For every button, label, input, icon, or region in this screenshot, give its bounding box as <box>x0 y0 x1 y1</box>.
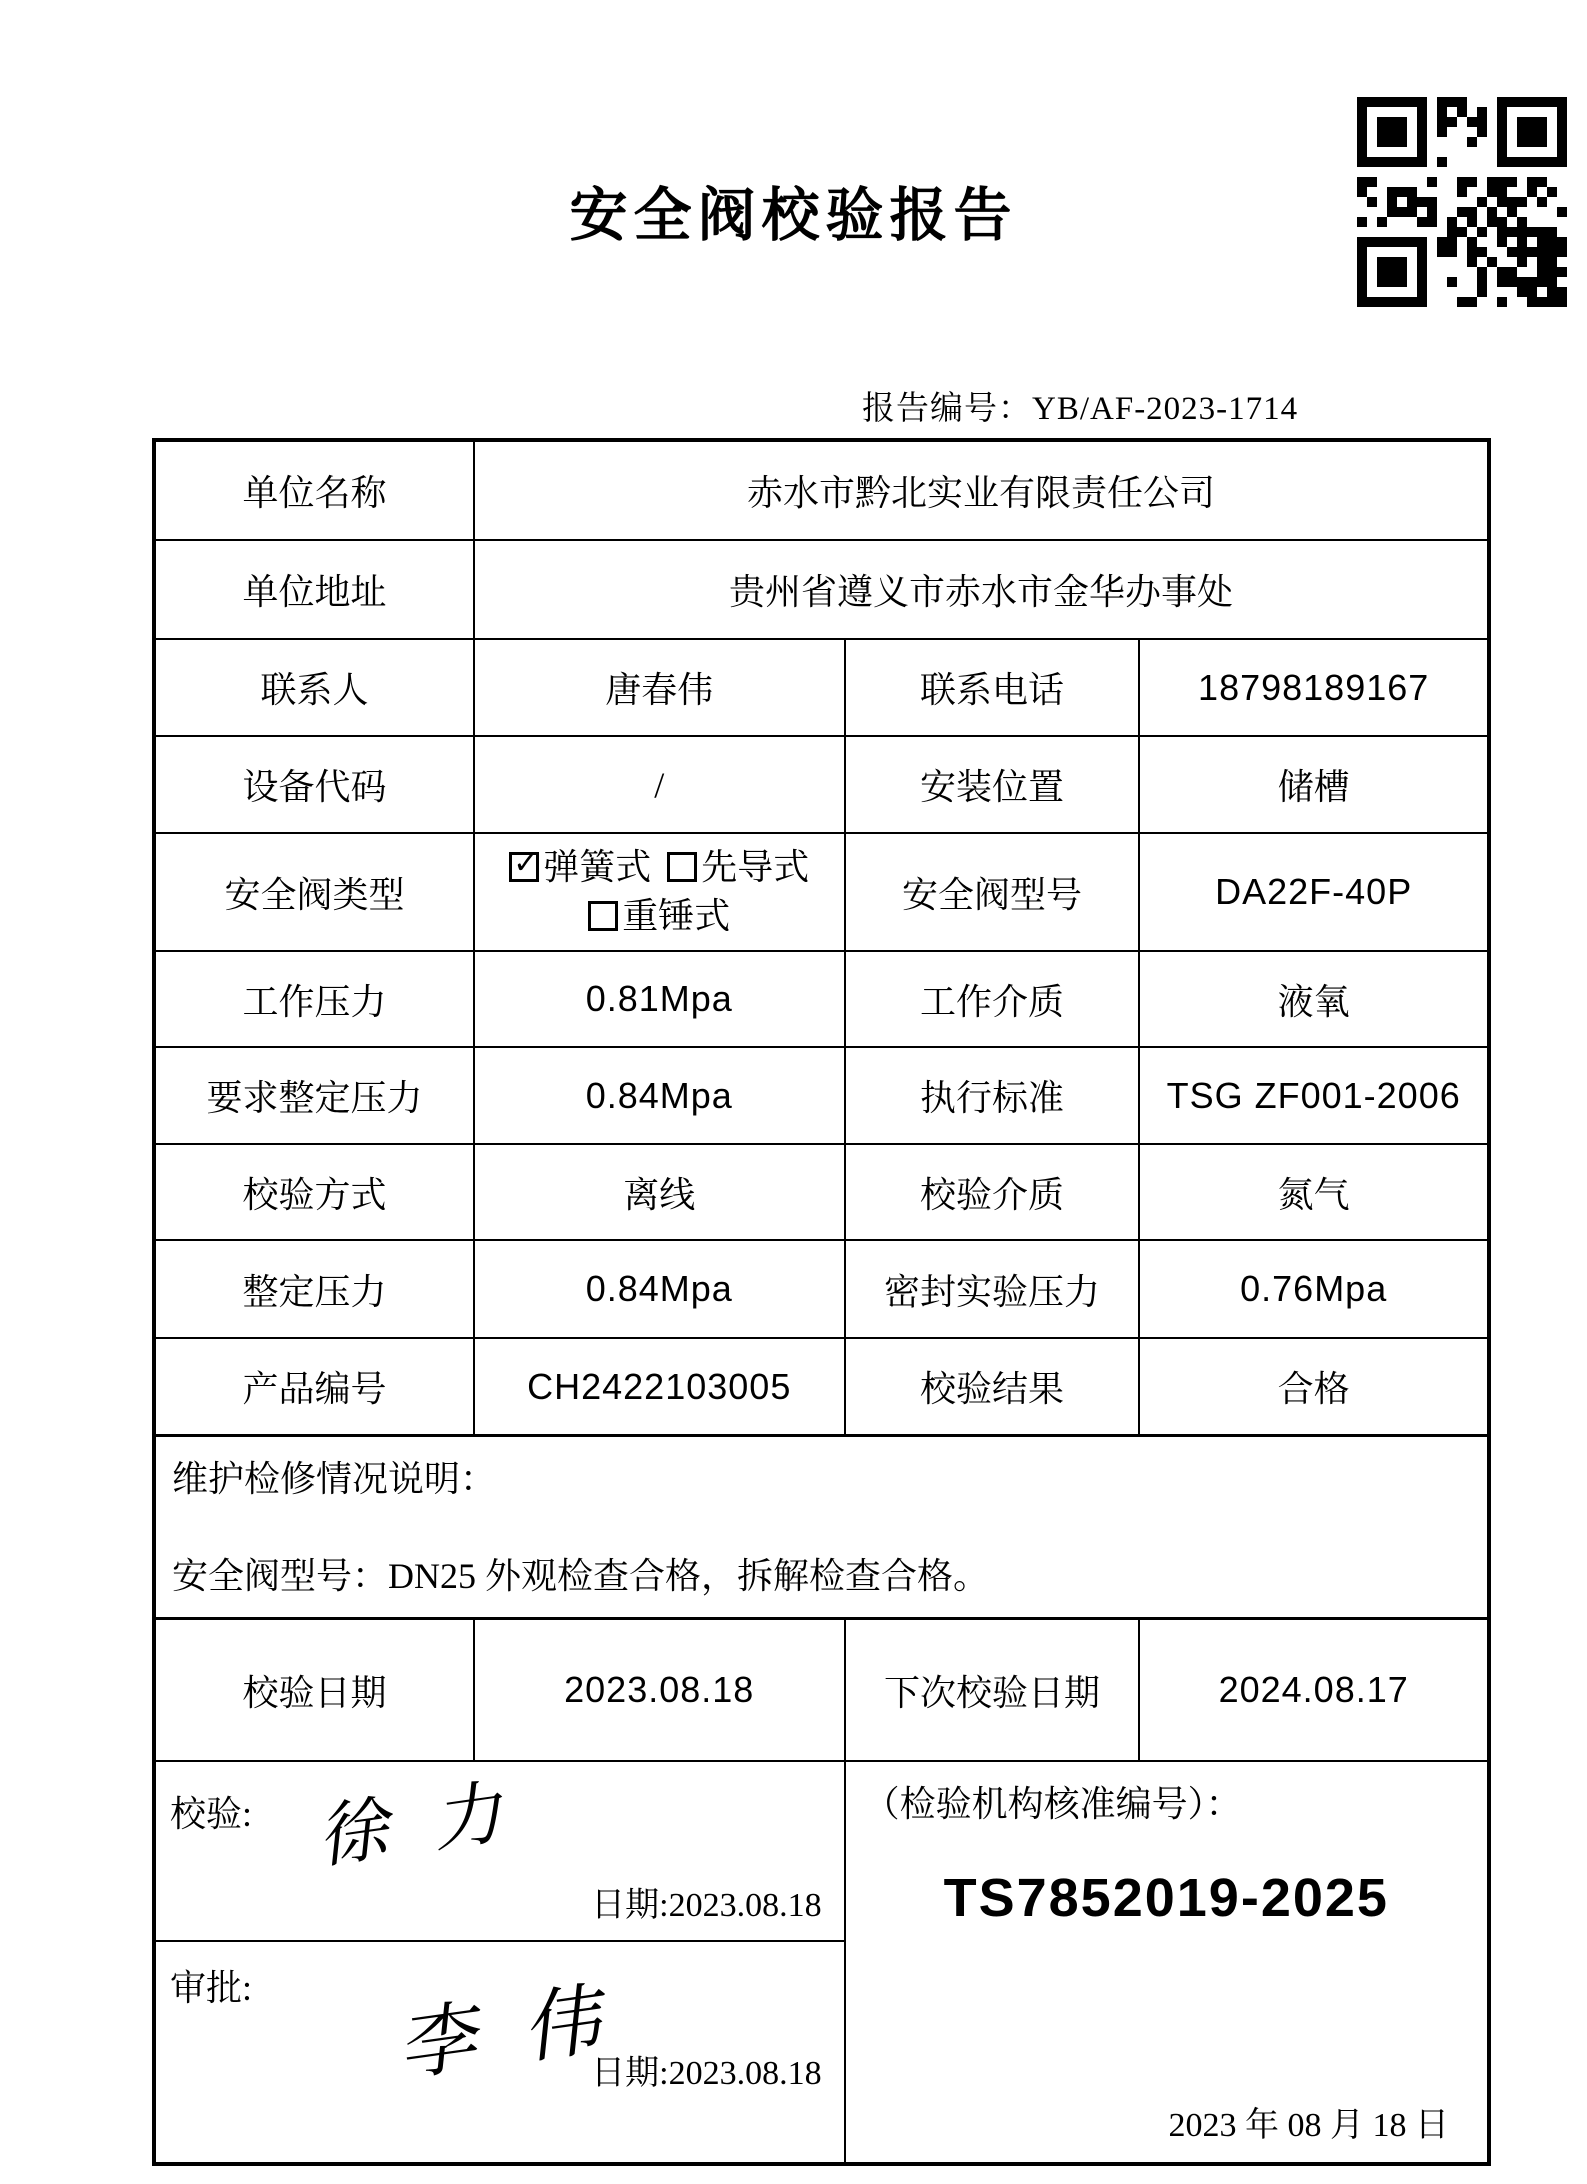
maintenance-title: 维护检修情况说明： <box>172 1451 496 1502</box>
qr-code <box>1357 97 1567 307</box>
issue-date: 2023 年 08 月 18 日 <box>1168 2097 1449 2146</box>
field-label: 安装位置 <box>846 737 1141 832</box>
verify-label: 校验: <box>170 1786 252 1837</box>
field-label: 工作压力 <box>156 952 475 1046</box>
field-value: TSG ZF001-2006 <box>1140 1048 1487 1143</box>
field-value: 合格 <box>1140 1339 1487 1434</box>
option-label: 弹簧式 <box>543 847 651 887</box>
checkbox-icon <box>667 852 697 882</box>
field-value: CH2422103005 <box>475 1339 846 1434</box>
table-row: 单位地址 贵州省遵义市赤水市金华办事处 <box>156 541 1487 640</box>
approve-label: 审批: <box>170 1960 252 2011</box>
approve-date: 日期:2023.08.18 <box>591 2045 821 2094</box>
table-row: 单位名称 赤水市黔北实业有限责任公司 <box>156 442 1487 541</box>
option-label: 重锤式 <box>622 896 730 936</box>
verify-cell: 校验: 徐 力 日期:2023.08.18 <box>156 1762 844 1942</box>
field-value: 赤水市黔北实业有限责任公司 <box>475 442 1487 539</box>
page-title: 安全阀校验报告 <box>0 168 1587 252</box>
valve-type-options: 弹簧式 先导式 重锤式 <box>475 834 846 950</box>
maintenance-note: 安全阀型号：DN25 外观检查合格，拆解检查合格。 <box>172 1548 989 1599</box>
field-label: 设备代码 <box>156 737 475 832</box>
field-value: 贵州省遵义市赤水市金华办事处 <box>475 541 1487 638</box>
field-label: 校验介质 <box>846 1145 1141 1239</box>
option-weight: 重锤式 <box>588 896 730 937</box>
field-value: 0.76Mpa <box>1140 1241 1487 1337</box>
table-row: 整定压力 0.84Mpa 密封实验压力 0.76Mpa <box>156 1241 1487 1339</box>
field-label: 要求整定压力 <box>156 1048 475 1143</box>
checkbox-icon <box>509 852 539 882</box>
table-row: 联系人 唐春伟 联系电话 18798189167 <box>156 640 1487 737</box>
field-label: 安全阀型号 <box>846 834 1141 950</box>
field-value: / <box>475 737 846 832</box>
field-label: 安全阀类型 <box>156 834 475 950</box>
org-cell: （检验机构核准编号）： TS7852019-2025 2023 年 08 月 1… <box>846 1762 1487 2162</box>
field-label: 联系电话 <box>846 640 1141 735</box>
table-row: 校验方式 离线 校验介质 氮气 <box>156 1145 1487 1241</box>
field-label: 联系人 <box>156 640 475 735</box>
org-code-label: （检验机构核准编号）： <box>864 1776 1242 1827</box>
option-pilot: 先导式 <box>667 847 809 888</box>
field-label: 执行标准 <box>846 1048 1141 1143</box>
field-label: 工作介质 <box>846 952 1141 1046</box>
maintenance-row: 维护检修情况说明： 安全阀型号：DN25 外观检查合格，拆解检查合格。 <box>156 1437 1487 1620</box>
field-label: 整定压力 <box>156 1241 475 1337</box>
maintenance-block: 维护检修情况说明： 安全阀型号：DN25 外观检查合格，拆解检查合格。 <box>156 1437 1487 1617</box>
table-row: 要求整定压力 0.84Mpa 执行标准 TSG ZF001-2006 <box>156 1048 1487 1145</box>
field-value: 0.84Mpa <box>475 1048 846 1143</box>
field-label: 密封实验压力 <box>846 1241 1141 1337</box>
report-table: 单位名称 赤水市黔北实业有限责任公司 单位地址 贵州省遵义市赤水市金华办事处 联… <box>152 438 1491 2166</box>
field-label: 校验方式 <box>156 1145 475 1239</box>
table-row: 工作压力 0.81Mpa 工作介质 液氧 <box>156 952 1487 1048</box>
field-value: DA22F-40P <box>1140 834 1487 950</box>
field-label: 单位地址 <box>156 541 475 638</box>
field-value: 唐春伟 <box>475 640 846 735</box>
field-value: 储槽 <box>1140 737 1487 832</box>
field-value: 0.84Mpa <box>475 1241 846 1337</box>
option-spring: 弹簧式 <box>509 847 651 888</box>
field-label: 产品编号 <box>156 1339 475 1434</box>
report-number: 报告编号：YB/AF-2023-1714 <box>862 382 1298 429</box>
field-value: 2024.08.17 <box>1140 1620 1487 1760</box>
report-page: 安全阀校验报告 报告编号：YB/AF-2023-1714 单位名称 赤水市黔北实… <box>0 0 1587 2184</box>
verifier-signature: 徐 力 <box>310 1755 522 1883</box>
approver-signature: 李 伟 <box>389 1955 620 2096</box>
field-label: 下次校验日期 <box>846 1620 1141 1760</box>
table-row: 产品编号 CH2422103005 校验结果 合格 <box>156 1339 1487 1437</box>
approve-cell: 审批: 李 伟 日期:2023.08.18 <box>156 1942 844 2160</box>
org-approval-code: TS7852019-2025 <box>846 1867 1487 1929</box>
field-value: 氮气 <box>1140 1145 1487 1239</box>
verify-date: 日期:2023.08.18 <box>591 1877 821 1926</box>
signoff-section: 校验: 徐 力 日期:2023.08.18 审批: 李 伟 日期:2023.08… <box>156 1762 1487 2162</box>
field-label: 单位名称 <box>156 442 475 539</box>
field-value: 离线 <box>475 1145 846 1239</box>
checkbox-icon <box>588 901 618 931</box>
field-value: 液氧 <box>1140 952 1487 1046</box>
field-value: 0.81Mpa <box>475 952 846 1046</box>
dates-row: 校验日期 2023.08.18 下次校验日期 2024.08.17 <box>156 1620 1487 1762</box>
field-value: 2023.08.18 <box>475 1620 846 1760</box>
field-value: 18798189167 <box>1140 640 1487 735</box>
field-label: 校验结果 <box>846 1339 1141 1434</box>
option-label: 先导式 <box>701 847 809 887</box>
field-label: 校验日期 <box>156 1620 475 1760</box>
table-row: 安全阀类型 弹簧式 先导式 重锤式 安全阀型号 DA22F-40P <box>156 834 1487 952</box>
table-row: 设备代码 / 安装位置 储槽 <box>156 737 1487 834</box>
